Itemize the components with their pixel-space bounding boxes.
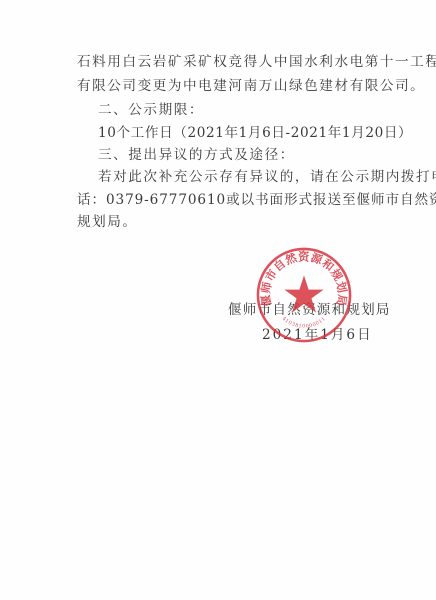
official-seal-stamp: 偃师市自然资源和规划局 4103810000011 [255, 246, 353, 344]
section-heading-period: 二、公示期限： [98, 102, 204, 118]
star-icon [284, 275, 323, 312]
section-heading-objection: 三、提出异议的方式及途径： [98, 147, 295, 163]
body-line-8: 规划局。 [77, 214, 138, 230]
period-value: 10个工作日（2021年1月6日-2021年1月20日） [98, 125, 412, 141]
body-line-7-phone: 话：0379-67770610或以书面形式报送至偃师市自然资源和 [77, 192, 436, 208]
body-line-2: 有限公司变更为中电建河南万山绿色建材有限公司。 [77, 78, 425, 94]
body-line-6: 若对此次补充公示存有异议的，请在公示期内拨打电 [98, 169, 436, 185]
document-page: 石料用白云岩矿采矿权竞得人中国水利水电第十一工程局 有限公司变更为中电建河南万山… [0, 0, 436, 600]
body-line-1: 石料用白云岩矿采矿权竞得人中国水利水电第十一工程局 [77, 54, 436, 70]
seal-code: 4103810000011 [281, 316, 327, 330]
